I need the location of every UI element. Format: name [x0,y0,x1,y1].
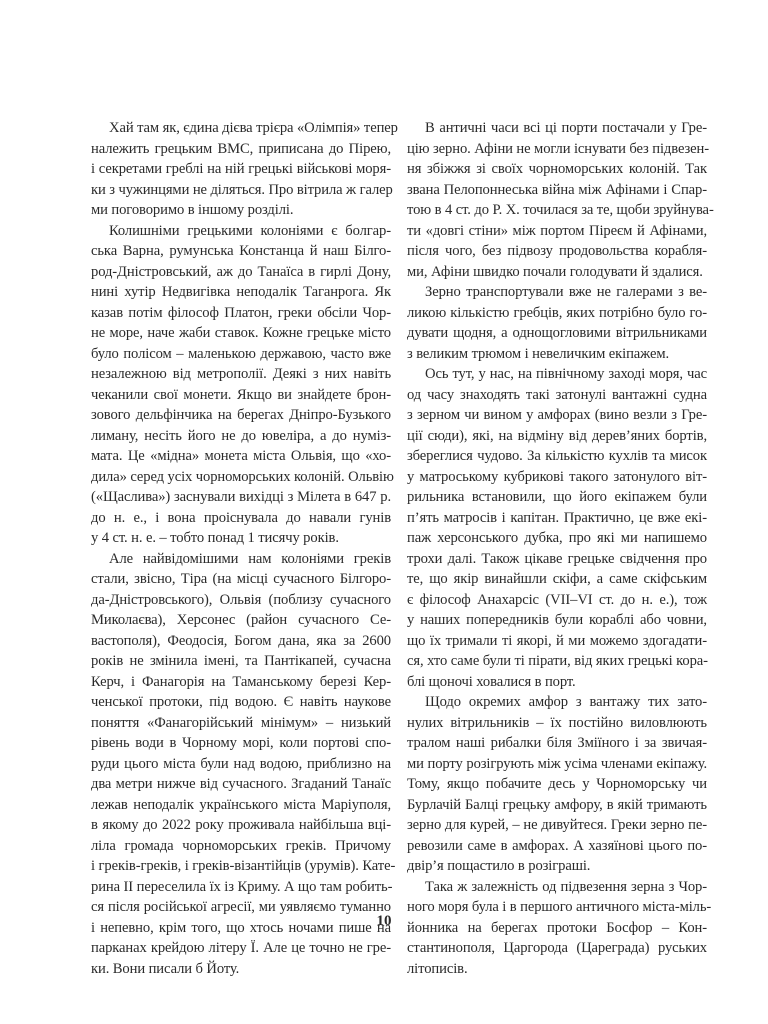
paragraph: В античні часи всі ці порти постачали у … [407,118,707,282]
text-line: літописів. [407,959,707,980]
text-line: було полісом – маленькою державою, часто… [91,344,391,365]
text-line: після чого, без підвозу продовольства ко… [407,241,707,262]
text-line: ревозили саме в амфорах. А хазяїнові цьо… [407,836,707,857]
text-line: не море, наче жаби ставок. Кожне грецьке… [91,323,391,344]
text-line: п’ять матросів і капітан. Практично, це … [407,508,707,529]
text-line: з зерном чи вином у амфорах (вино везли … [407,405,707,426]
text-line: ченської протоки, під водою. Є навіть на… [91,692,391,713]
text-line: рина II переселила їх із Криму. А що там… [91,877,391,898]
text-line: Керч, і Фанагорія на Таманському березі … [91,672,391,693]
text-line: цію зерно. Афіни не могли існувати без п… [407,139,707,160]
paragraph: Ось тут, у нас, на північному заході мор… [407,364,707,692]
paragraph: Зерно транспортували вже не галерами з в… [407,282,707,364]
text-line: ки з чужинцями не діляться. Про вітрила … [91,180,391,201]
text-line: лиману, несіть його не до ювеліра, а до … [91,426,391,447]
text-line: звана Пелопоннеська війна між Афінами і … [407,180,707,201]
text-line: і секретами греблі на ній грецькі військ… [91,159,391,180]
text-line: нулих вітрильників – їх постійно виловлю… [407,713,707,734]
text-line: мата. Це «мідна» монета міста Ольвія, що… [91,446,391,467]
text-line: вастополя), Феодосія, Богом дана, яка за… [91,631,391,652]
text-line: рильника встановили, що його екіпажем бу… [407,487,707,508]
right-text-column: В античні часи всі ці порти постачали у … [407,118,707,979]
text-line: в якому до 2022 року проживала найбільша… [91,815,391,836]
text-line: те, що якір винайшли скіфи, а саме скіфс… [407,569,707,590]
text-line: дувати щодня, а однощогловими вітрильник… [407,323,707,344]
text-line: зового дельфінчика на берегах Дніпро-Буз… [91,405,391,426]
text-line: ся, хто саме були ті пірати, від яких гр… [407,651,707,672]
paragraph: Хай там як, єдина дієва трієра «Олімпія»… [91,118,391,221]
paragraph: Щодо окремих амфор з вантажу тих зато-ну… [407,692,707,877]
left-text-column: Хай там як, єдина дієва трієра «Олімпія»… [91,118,391,979]
text-line: од часу знаходять такі затонулі вантажні… [407,385,707,406]
text-line: Тому, якщо побачите десь у Чорноморську … [407,774,707,795]
text-line: ки. Вони писали б Йоту. [91,959,391,980]
text-line: що їх тримали ті якорі, й ми можемо здог… [407,631,707,652]
page-number: 10 [0,913,768,930]
text-line: трохи далі. Також цікаве грецьке свідчен… [407,549,707,570]
text-line: блі щоночі ховалися в порт. [407,672,707,693]
text-line: лежав неподалік українського міста Маріу… [91,795,391,816]
text-line: років не змінила імені, та Пантікапей, с… [91,651,391,672]
text-line: Колишніми грецькими колоніями є болгар- [91,221,391,242]
text-line: Хай там як, єдина дієва трієра «Олімпія»… [91,118,391,139]
text-line: чеканили свої монети. Якщо ви знайдете б… [91,385,391,406]
text-line: ми, Афіни швидко почали голодувати й зда… [407,262,707,283]
book-page: Хай там як, єдина дієва трієра «Олімпія»… [0,0,768,1024]
text-line: зерно для курей, – не дивуйтеся. Греки з… [407,815,707,836]
text-line: тою в 4 ст. до Р. Х. точилася за те, щоб… [407,200,707,221]
text-line: у наших попередників були кораблі або чо… [407,610,707,631]
paragraph: Колишніми грецькими колоніями є болгар-с… [91,221,391,549]
text-line: Зерно транспортували вже не галерами з в… [407,282,707,303]
text-line: стали, звісно, Тіра (на місці сучасного … [91,569,391,590]
text-line: ликою кількістю гребців, яких потрібно б… [407,303,707,324]
text-line: до н. е., і вона проіснувала до навали г… [91,508,391,529]
text-line: належить грецьким ВМС, приписана до Піре… [91,139,391,160]
text-line: казав потім філософ Платон, греки обсіли… [91,303,391,324]
text-line: з великим трюмом і невеличким екіпажем. [407,344,707,365]
text-line: незалежною від метрополії. Деякі з них н… [91,364,391,385]
text-line: В античні часи всі ці порти постачали у … [407,118,707,139]
text-line: («Щаслива») заснували вихідці з Мілета в… [91,487,391,508]
text-line: ти «довгі стіни» між портом Піреєм й Афі… [407,221,707,242]
text-line: Ось тут, у нас, на північному заході мор… [407,364,707,385]
text-line: поняття «Фанагорійський мінімум» – низьк… [91,713,391,734]
text-line: ня збіжжя зі своїх чорноморських колоній… [407,159,707,180]
text-line: Але найвідомішими нам колоніями греків [91,549,391,570]
text-line: ми поговоримо в іншому розділі. [91,200,391,221]
text-line: два метри нижче від сучасного. Згаданий … [91,774,391,795]
text-line: ми порту розігрують між усіма членами ек… [407,754,707,775]
text-line: ліла громада чорноморських греків. Причо… [91,836,391,857]
text-line: у 4 ст. н. е. – тобто понад 1 тисячу рок… [91,528,391,549]
text-line: тралом наші рибалки біля Зміїного і за з… [407,733,707,754]
text-line: род-Дністровський, аж до Танаїса в гирлі… [91,262,391,283]
text-line: рівень води в Чорному морі, коли портові… [91,733,391,754]
text-line: Миколаєва), Херсонес (район сучасного Се… [91,610,391,631]
text-line: Щодо окремих амфор з вантажу тих зато- [407,692,707,713]
text-line: Така ж залежність од підвезення зерна з … [407,877,707,898]
text-line: збереглися чудово. За кількістю кухлів т… [407,446,707,467]
text-line: парканах крейдою літеру Ї. Але це точно … [91,938,391,959]
text-line: Бурлачій Балці грецьку амфору, в якій тр… [407,795,707,816]
text-line: стантинополя, Царгорода (Цареграда) русь… [407,938,707,959]
text-line: да-Дністровського), Ольвія (поблизу суча… [91,590,391,611]
text-line: дила» серед усіх чорноморських колоній. … [91,467,391,488]
text-line: ська Варна, румунська Констанца й наш Бі… [91,241,391,262]
text-line: паж херсонського дубка, про які ми напиш… [407,528,707,549]
text-line: двір’я пощастило в розіграші. [407,856,707,877]
text-line: нині хутір Недвигівка неподалік Таганрог… [91,282,391,303]
text-line: є філософ Анахарсіс (VII–VI ст. до н. е.… [407,590,707,611]
text-line: у матроському кубрикові такого затонулог… [407,467,707,488]
text-line: і греків-греків, і греків-візантійців (у… [91,856,391,877]
text-line: руди цього міста були над водою, приблиз… [91,754,391,775]
text-line: ції сюди), які, на відміну від дерев’яни… [407,426,707,447]
